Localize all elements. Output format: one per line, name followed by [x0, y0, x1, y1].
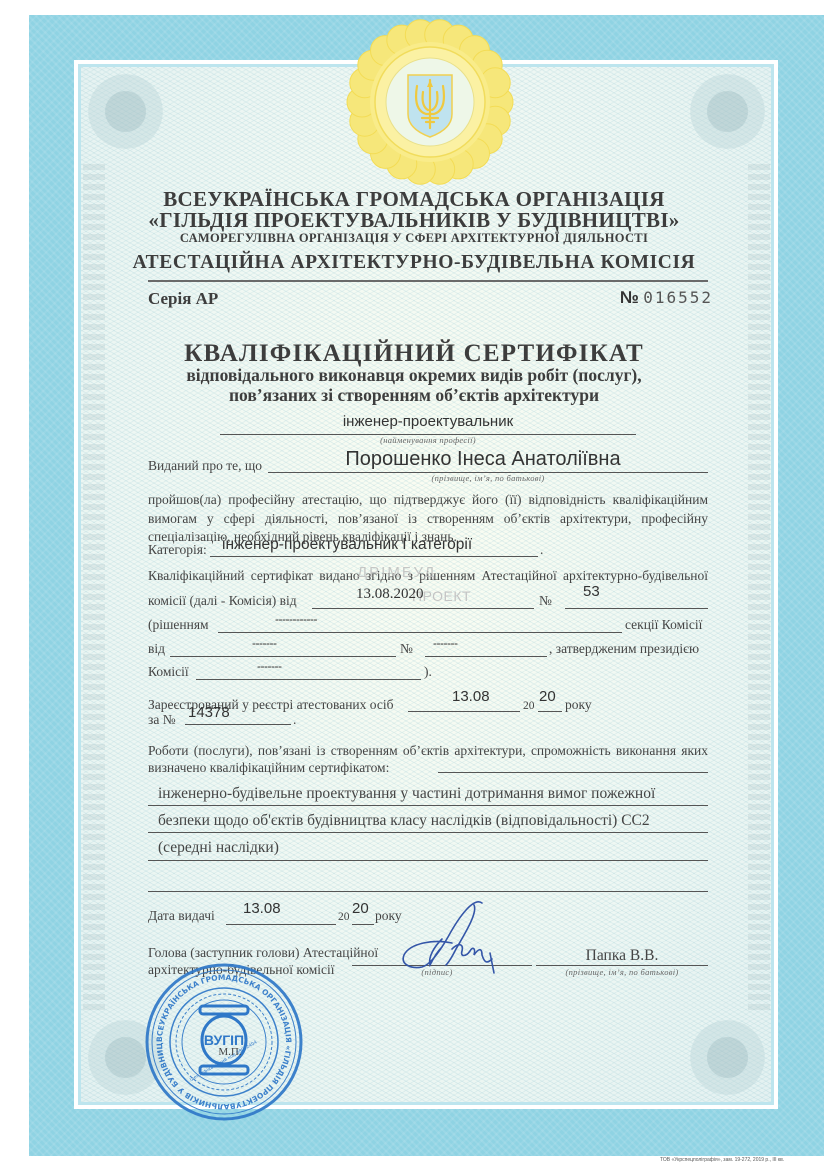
- registry-label: Зареєстрований у реєстрі атестованих осі…: [148, 697, 393, 713]
- official-seal-stamp: ВСЕУКРАЇНСЬКА ГРОМАДСЬКА ОРГАНІЗАЦІЯ «ГІ…: [144, 962, 304, 1122]
- commission-number-underline: [565, 608, 708, 609]
- registry-number-underline: [185, 724, 291, 725]
- from-number-value: -------: [433, 636, 457, 650]
- profession-value: інженер-проектувальник: [220, 413, 636, 430]
- issue-year-underline: [352, 924, 374, 925]
- corner-ornament-icon: [680, 64, 775, 159]
- category-label: Категорія:: [148, 542, 207, 558]
- works-line: інженерно-будівельне проектування у част…: [158, 785, 655, 803]
- section-decision-underline: [218, 632, 622, 633]
- number-sign: №: [620, 288, 639, 307]
- works-underline: [148, 805, 708, 806]
- presidium-value: -------: [257, 659, 281, 673]
- works-underline: [148, 891, 708, 892]
- presidium-label: Комісії: [148, 664, 189, 680]
- works-label: Роботи (послуги), пов’язані із створення…: [148, 742, 708, 776]
- works-line: (середні наслідки): [158, 839, 279, 857]
- organization-subtitle: САМОРЕГУЛІВНА ОРГАНІЗАЦІЯ У СФЕРІ АРХІТЕ…: [100, 231, 728, 246]
- from-number-underline: [425, 656, 547, 657]
- organization-name-line2: «ГІЛЬДІЯ ПРОЕКТУВАЛЬНИКІВ У БУДІВНИЦТВІ»: [100, 208, 728, 233]
- commission-decision-number: 53: [583, 583, 600, 600]
- signer-hint: (прізвище, ім’я, по батькові): [536, 967, 708, 977]
- registry-number: 14378: [188, 704, 230, 721]
- commission-date-underline: [312, 608, 534, 609]
- issue-date-underline: [226, 924, 336, 925]
- issued-to-label: Виданий про те, що: [148, 458, 262, 474]
- commission-name: АТЕСТАЦІЙНА АРХІТЕКТУРНО-БУДІВЕЛЬНА КОМІ…: [100, 252, 728, 274]
- trident-coat-of-arms-icon: [408, 75, 452, 137]
- commission-decision-date: 13.08.2020: [356, 586, 424, 603]
- category-end: .: [540, 542, 543, 558]
- works-underline: [148, 860, 708, 861]
- from-value: -------: [252, 636, 276, 650]
- profession-hint: (найменування професії): [220, 435, 636, 445]
- from-label: від: [148, 641, 165, 657]
- corner-ornament-icon: [78, 64, 173, 159]
- from-suffix: , затвердженим президією: [549, 641, 699, 657]
- registry-year: 20: [539, 688, 556, 705]
- section-decision-value: ------------: [275, 612, 317, 626]
- issue-year-prefix: 20: [338, 911, 350, 923]
- works-underline: [148, 832, 708, 833]
- handwritten-signature-icon: [382, 895, 512, 975]
- header-divider: [148, 280, 708, 282]
- registry-end: .: [293, 712, 296, 728]
- from-underline: [170, 656, 396, 657]
- side-ornament-icon: [748, 160, 770, 1010]
- certificate-subtitle-line1: відповідального виконавця окремих видів …: [100, 365, 728, 386]
- registry-year-suffix: року: [565, 697, 592, 713]
- registry-date-underline: [408, 711, 520, 712]
- commission-number-label: №: [539, 593, 552, 609]
- watermark-line1: ДРІМБУД: [357, 564, 436, 581]
- category-underline: [210, 556, 538, 557]
- presidium-underline: [196, 679, 421, 680]
- presidium-suffix: ).: [424, 664, 432, 680]
- registry-year-underline: [538, 711, 562, 712]
- commission-date-label: комісії (далі - Комісія) від: [148, 593, 297, 609]
- works-line: безпеки щодо об'єктів будівництва класу …: [158, 812, 650, 830]
- side-ornament-icon: [83, 160, 105, 1010]
- certificate-title: КВАЛІФІКАЦІЙНИЙ СЕРТИФІКАТ: [100, 340, 728, 368]
- issue-date: 13.08: [243, 900, 281, 917]
- section-suffix: секції Комісії: [625, 617, 702, 633]
- rosette-emblem: [345, 12, 515, 187]
- certificate-subtitle-line2: пов’язаних зі створенням об’єктів архіте…: [100, 385, 728, 406]
- holder-name: Порошенко Інеса Анатоліївна: [260, 448, 706, 471]
- works-underline: [438, 772, 708, 773]
- from-number-label: №: [400, 641, 413, 657]
- registry-date: 13.08: [452, 688, 490, 705]
- holder-name-hint: (прізвище, ім’я, по батькові): [268, 473, 708, 483]
- signer-underline: [536, 965, 708, 966]
- registry-number-label: за №: [148, 712, 176, 728]
- corner-ornament-icon: [680, 1010, 775, 1105]
- issue-year: 20: [352, 900, 369, 917]
- registry-year-prefix: 20: [523, 700, 535, 712]
- printer-note: ТОВ «Укрспецполіграфія», зам. 19-272, 20…: [660, 1157, 784, 1163]
- section-decision-label: (рішенням: [148, 617, 209, 633]
- issue-date-label: Дата видачі: [148, 908, 215, 924]
- category-value: інженер-проектувальник І категорії: [222, 536, 472, 554]
- signer-name: Папка В.В.: [536, 947, 708, 965]
- certificate-number-value: 016552: [643, 288, 713, 307]
- certificate-number: № 016552: [620, 288, 713, 308]
- certificate-series: Серія АР: [148, 289, 218, 309]
